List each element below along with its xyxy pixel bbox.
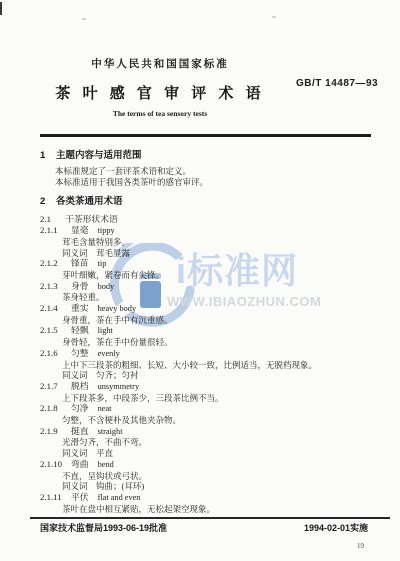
term-english: bend (98, 460, 114, 469)
term-chinese: 显毫 (71, 225, 89, 235)
section-number: 1 (40, 150, 52, 161)
term-defs: 上下段茶多，中段茶少，三段茶比例不当。 (40, 393, 372, 404)
term-number: 2.1.8 (40, 403, 64, 414)
term-chinese: 匀净 (71, 403, 89, 413)
term-heading: 2.1.10弯曲bend (40, 459, 372, 471)
subsection-title: 干茶形状术语 (65, 214, 118, 224)
subsection-2-1-heading: 2.1干茶形状术语 (40, 214, 372, 225)
scan-speck (272, 16, 276, 18)
term-heading: 2.1.9挺直straight (40, 426, 372, 438)
subsection-number: 2.1 (40, 214, 58, 225)
header-divider (40, 134, 371, 137)
term-chinese: 脱档 (71, 381, 89, 391)
term-heading: 2.1.2锋苗tip (40, 258, 372, 270)
term-definition: 光滑匀齐，不曲不弯。 (40, 437, 372, 448)
term-number: 2.1.11 (40, 492, 64, 503)
term-chinese: 轻飘 (71, 325, 89, 335)
term-definition: 茶身轻重。 (40, 292, 372, 303)
terms-list: 2.1.1显毫tippy 茸毛含量特别多。同义词 茸毛显露 2.1.2锋苗tip… (40, 225, 372, 514)
section-2-heading: 2各类茶通用术语 (40, 196, 372, 207)
term-defs: 茸毛含量特别多。同义词 茸毛显露 (40, 237, 372, 258)
term-definition: 同义词 匀齐；匀衬 (40, 370, 372, 381)
term-entry: 2.1.2锋苗tip 芽叶细嫩，紧卷而有尖锋。 (40, 258, 372, 280)
term-chinese: 重实 (71, 303, 89, 313)
implementation-date: 1994-02-01实施 (304, 521, 368, 534)
page-number: 19 (357, 542, 364, 550)
term-chinese: 匀整 (71, 348, 89, 358)
term-heading: 2.1.11平伏flat and even (40, 492, 372, 504)
term-number: 2.1.10 (40, 459, 64, 470)
term-defs: 不直，呈钩状或弓状。同义词 钩曲；(耳环) (40, 471, 372, 492)
term-definition: 身骨轻，茶在手中份量很轻。 (40, 337, 372, 348)
term-english: evenly (98, 349, 120, 358)
document-body: 1主题内容与适用范围 本标准规定了一套评茶术语和定义。 本标准适用于我国各类茶叶… (40, 150, 372, 514)
term-english: heavy body (98, 304, 136, 313)
term-entry: 2.1.6匀整evenly 上中下三段茶的粗细、长短、大小较一致，比例适当，无脱… (40, 348, 372, 381)
term-entry: 2.1.9挺直straight 光滑匀齐，不曲不弯。同义词 平直 (40, 426, 372, 459)
term-english: tip (98, 259, 107, 268)
footer-divider (30, 517, 390, 519)
term-english: straight (98, 427, 123, 436)
approval-note: 国家技术监督局1993-06-19批准 (40, 521, 167, 534)
term-definition: 茸毛含量特别多。 (40, 237, 372, 248)
scan-binding-mark (0, 2, 2, 15)
term-chinese: 身骨 (71, 281, 89, 291)
term-entry: 2.1.3身骨body 茶身轻重。 (40, 281, 372, 303)
term-number: 2.1.6 (40, 348, 64, 359)
term-number: 2.1.9 (40, 426, 64, 437)
section-title: 各类茶通用术语 (56, 196, 123, 207)
term-chinese: 锋苗 (71, 258, 89, 268)
section-1-heading: 1主题内容与适用范围 (40, 150, 372, 161)
term-definition: 芽叶细嫩，紧卷而有尖锋。 (40, 270, 372, 281)
term-entry: 2.1.10弯曲bend 不直，呈钩状或弓状。同义词 钩曲；(耳环) (40, 459, 372, 492)
term-english: tippy (98, 226, 115, 235)
term-definition: 同义词 茸毛显露 (40, 248, 372, 259)
term-definition: 身骨重，茶在手中有沉重感。 (40, 315, 372, 326)
term-number: 2.1.2 (40, 258, 64, 269)
term-defs: 光滑匀齐，不曲不弯。同义词 平直 (40, 437, 372, 458)
scan-speck (82, 18, 86, 20)
national-standard-org-title: 中华人民共和国国家标准 (0, 56, 320, 71)
term-english: light (98, 326, 113, 335)
term-entry: 2.1.8匀净neat 匀整，不含梗朴及其他夹杂物。 (40, 403, 372, 425)
term-defs: 身骨重，茶在手中有沉重感。 (40, 315, 372, 326)
term-entry: 2.1.1显毫tippy 茸毛含量特别多。同义词 茸毛显露 (40, 225, 372, 258)
term-defs: 上中下三段茶的粗细、长短、大小较一致，比例适当，无脱档现象。同义词 匀齐；匀衬 (40, 360, 372, 381)
term-chinese: 平伏 (71, 492, 89, 502)
term-english: neat (98, 404, 112, 413)
term-defs: 匀整，不含梗朴及其他夹杂物。 (40, 415, 372, 426)
term-english: body (98, 282, 115, 291)
term-entry: 2.1.5轻飘light 身骨轻，茶在手中份量很轻。 (40, 325, 372, 347)
term-heading: 2.1.3身骨body (40, 281, 372, 293)
standard-document-page: i标准网 WWW.IBIAOZHUN.COM 中华人民共和国国家标准 GB/T … (0, 0, 400, 561)
term-number: 2.1.1 (40, 225, 64, 236)
term-defs: 身骨轻，茶在手中份量很轻。 (40, 337, 372, 348)
section-1-paragraphs: 本标准规定了一套评茶术语和定义。 本标准适用于我国各类茶叶的感官审评。 (40, 166, 372, 187)
term-english: unsymmetry (98, 382, 139, 391)
term-number: 2.1.3 (40, 281, 64, 292)
term-definition: 同义词 平直 (40, 448, 372, 459)
term-entry: 2.1.7脱档unsymmetry 上下段茶多，中段茶少，三段茶比例不当。 (40, 381, 372, 403)
term-definition: 上中下三段茶的粗细、长短、大小较一致，比例适当，无脱档现象。 (40, 360, 372, 371)
term-number: 2.1.7 (40, 381, 64, 392)
term-heading: 2.1.1显毫tippy (40, 225, 372, 237)
section-title: 主题内容与适用范围 (56, 150, 142, 161)
paragraph: 本标准适用于我国各类茶叶的感官审评。 (40, 177, 372, 188)
section-number: 2 (40, 196, 52, 207)
term-definition: 上下段茶多，中段茶少，三段茶比例不当。 (40, 393, 372, 404)
term-entry: 2.1.11平伏flat and even 茶叶在盘中相互紧贴，无松起架空现象。 (40, 492, 372, 514)
term-definition: 不直，呈钩状或弓状。 (40, 471, 372, 482)
term-number: 2.1.4 (40, 303, 64, 314)
term-definition: 匀整，不含梗朴及其他夹杂物。 (40, 415, 372, 426)
term-number: 2.1.5 (40, 325, 64, 336)
term-heading: 2.1.5轻飘light (40, 325, 372, 337)
term-heading: 2.1.6匀整evenly (40, 348, 372, 360)
term-chinese: 弯曲 (71, 459, 89, 469)
term-defs: 芽叶细嫩，紧卷而有尖锋。 (40, 270, 372, 281)
term-heading: 2.1.7脱档unsymmetry (40, 381, 372, 393)
term-english: flat and even (98, 493, 141, 502)
term-definition: 同义词 钩曲；(耳环) (40, 481, 372, 492)
term-definition: 茶叶在盘中相互紧贴，无松起架空现象。 (40, 504, 372, 515)
term-defs: 茶叶在盘中相互紧贴，无松起架空现象。 (40, 504, 372, 515)
term-heading: 2.1.4重实heavy body (40, 303, 372, 315)
paragraph: 本标准规定了一套评茶术语和定义。 (40, 166, 372, 177)
term-entry: 2.1.4重实heavy body 身骨重，茶在手中有沉重感。 (40, 303, 372, 325)
term-chinese: 挺直 (71, 426, 89, 436)
term-heading: 2.1.8匀净neat (40, 403, 372, 415)
term-defs: 茶身轻重。 (40, 292, 372, 303)
document-title-english: The terms of tea sensory tests (0, 109, 320, 118)
document-title-chinese: 茶 叶 感 官 审 评 术 语 (0, 82, 320, 103)
